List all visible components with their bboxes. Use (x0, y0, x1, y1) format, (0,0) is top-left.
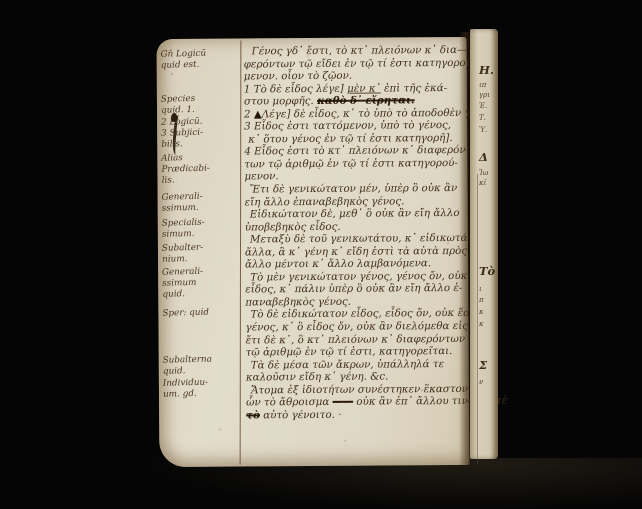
text-segment: 4 Εἶδος ἐστι τὸ κτ᾽ πλειόνων κ᾽ διαφερόν… (244, 144, 469, 158)
margin-note-line: Sper: quid (162, 307, 238, 320)
edge-text-fragment: Η. (479, 66, 494, 74)
text-segment: μενον. (244, 171, 278, 183)
next-page-edge: Η.ιπγριἘ.Τ.Ὑ.ΔἸωκῖΤὸιπκκΣν (470, 29, 498, 459)
margin-note-line: quid est. (161, 59, 237, 72)
margin-note: Subalternaquid. (163, 354, 240, 377)
text-segment: εἴη ἄλλο ἐπαναβεβηκὸς γένος. (245, 195, 405, 208)
edge-text-fragment: Τὸ (479, 267, 495, 275)
margin-note: Subalter-nium. (162, 242, 239, 265)
edge-text-fragment: ν (479, 378, 483, 386)
text-line: τὸ αὐτὸ γένοιτο. · (246, 408, 476, 422)
text-segment: 3 Εἶδος ἐστι ταττόμενον, ὑπὸ τὸ γένος, (244, 119, 451, 132)
text-segment: ἄλλα, ἃ κ᾽ γένη κ᾽ εἴδη ἐστὶ τὰ αὐτὰ πρὸ… (245, 245, 467, 259)
text-line: ὧν τὸ ἄθροισμα —— οὐκ ἂν ἐπ᾽ ἄλλου τινὸς… (246, 395, 476, 409)
text-segment: Εἰδικώτατον δὲ, μεθ᾽ ὃ οὐκ ἂν εἴη ἄλλο (250, 207, 460, 220)
struck-text: τὸ (246, 409, 260, 421)
text-segment: ὑποβεβηκὸς εἶδος. (245, 220, 341, 233)
edge-text-fragment: Δ (479, 153, 488, 161)
margin-note: Generali-ssimum. (161, 191, 238, 214)
text-segment: Μεταξὺ δὲ τοῦ γενικωτάτου, κ᾽ εἰδικωτάτο… (250, 232, 486, 246)
text-segment: στου μορφῆς. (244, 95, 317, 108)
text-segment: 2 (244, 108, 254, 120)
text-segment: των τῷ ἀριθμῷ ἐν τῷ τί ἐστι κατηγορού- (244, 157, 458, 170)
text-line: φερόντων τῷ εἴδει ἐν τῷ τί ἐστι κατηγορο… (244, 56, 474, 70)
text-line: Τὰ δὲ μέσα τῶν ἄκρων, ὑπάλληλά τε (246, 358, 476, 372)
margin-note-line: bilis. (161, 138, 237, 151)
edge-text-fragment: κ (479, 308, 484, 316)
edge-text-fragment: Ὑ. (479, 126, 487, 134)
text-segment: παναβεβηκὸς γένος. (245, 296, 351, 309)
margin-note-line: lis. (162, 173, 238, 186)
edge-text-fragment: Ἰω (479, 169, 488, 177)
edge-text-fragment: Ἐ. (479, 102, 487, 110)
text-segment: καλοῦσιν εἴδη κ᾽ γένη. &c. (246, 371, 389, 384)
margin-note-line: quid. (162, 287, 238, 300)
edge-text-fragment: κ (479, 320, 484, 328)
text-line: 1 Τὸ δὲ εἶδος λέγε] μὲν κ᾽ ἐπὶ τῆς ἑκά- (244, 82, 474, 96)
text-segment: τῷ ἀριθμῷ ἐν τῷ τί ἐστι, κατηγορεῖται. (246, 345, 453, 358)
text-segment: ἐπὶ τῆς ἑκά- (381, 82, 448, 94)
text-segment: 1 Τὸ δὲ εἶδος λέγε] (244, 82, 347, 95)
main-text: Γένος γδ᾽ ἔστι, τὸ κτ᾽ πλειόνων κ᾽ δια—φ… (244, 44, 477, 422)
margin-note-line: quid. (163, 365, 239, 378)
margin-note: Generali-ssimumquid. (162, 266, 239, 300)
text-line: Ἔτι δὲ γενικώτατον μέν, ὑπὲρ ὃ οὐκ ἂν (245, 182, 475, 196)
edge-text-fragment: Σ (479, 361, 487, 369)
edge-text-fragment: Τ. (479, 114, 486, 122)
text-line: των τῷ ἀριθμῷ ἐν τῷ τί ἐστι κατηγορού- (244, 157, 474, 171)
text-segment: ἔτι δὲ κ᾽, ὃ κτ᾽ πλειόνων κ᾽ διαφερόντων (246, 333, 466, 347)
margin-note-line: simum. (162, 228, 238, 241)
text-segment: φερόντων τῷ εἴδει ἐν τῷ τί ἐστι κατηγορο… (244, 56, 476, 70)
photo-background: Gn̄ Logicūquid est.Speciesquid. 1.2 Logi… (0, 0, 642, 509)
text-segment: αὐτὸ γένοιτο. · (260, 409, 342, 422)
text-segment: Τὸ δὲ εἰδικώτατον εἶδος, εἶδος ὄν, οὐκ ἔ… (250, 307, 480, 321)
text-segment: ὧν τὸ ἄθροισμα (246, 396, 333, 409)
text-segment: ἄλλο μέντοι κ᾽ ἄλλο λαμβανόμενα. (245, 257, 431, 270)
margin-note: Individuu-um. gd. (163, 377, 240, 400)
text-segment: μενον. οἷον τὸ ζῷον. (244, 70, 352, 83)
margin-note-line: nium. (162, 253, 238, 266)
margin-note: Specialis-simum. (162, 217, 239, 240)
text-segment: μὲν κ᾽ (347, 82, 381, 94)
margin-note: Gn̄ Logicūquid est. (160, 48, 237, 71)
edge-text-fragment: κῖ (479, 179, 486, 187)
margin-note: Speciesquid. 1. (161, 93, 238, 116)
text-segment: Γένος γδ᾽ ἔστι, τὸ κτ᾽ πλειόνων κ᾽ δια— (252, 44, 468, 58)
manuscript-page: Gn̄ Logicūquid est.Speciesquid. 1.2 Logi… (157, 37, 470, 467)
struck-text: καθὸ δ᾽ εἴρηται. (317, 94, 415, 107)
margin-rule-line (240, 41, 242, 465)
text-segment: Τὰ δὲ μέσα τῶν ἄκρων, ὑπάλληλά τε (251, 358, 444, 371)
struck-text: —— (333, 396, 354, 408)
ink-blot: ▲ (254, 108, 262, 120)
text-line: εἶδος, κ᾽ πάλιν ὑπὲρ ὃ οὐκ ἂν εἴη ἄλλο ἐ… (245, 282, 475, 296)
edge-rule-line (477, 174, 478, 464)
margin-note: AliasPrædicabi-lis. (161, 152, 238, 186)
text-line: ἄλλα, ἃ κ᾽ γένη κ᾽ εἴδη ἐστὶ τὰ αὐτὰ πρὸ… (245, 245, 475, 259)
text-line: Εἰδικώτατον δὲ, μεθ᾽ ὃ οὐκ ἂν εἴη ἄλλο (245, 207, 475, 221)
edge-text-fragment: ιπ (479, 81, 486, 89)
edge-text-fragment: ι (479, 285, 482, 293)
text-segment: γένος, κ᾽ ὃ εἶδος ὄν, οὐκ ἂν διελόμεθα ε… (245, 320, 493, 334)
text-segment: εἶδος, κ᾽ πάλιν ὑπὲρ ὃ οὐκ ἂν εἴη ἄλλο ἐ… (245, 282, 462, 296)
foxing-spots (157, 39, 159, 41)
margin-note: 3 Subjici-bilis. (161, 127, 238, 150)
edge-text-fragment: γρι (479, 91, 490, 99)
margin-note-line: ssimum. (162, 202, 238, 215)
margin-column: Gn̄ Logicūquid est.Speciesquid. 1.2 Logi… (161, 39, 240, 468)
margin-note-line: quid. 1. (161, 104, 237, 117)
margin-note-line: um. gd. (163, 388, 239, 401)
text-segment: Ἔτι δὲ γενικώτατον μέν, ὑπὲρ ὃ οὐκ ἂν (250, 182, 458, 195)
edge-text-fragment: π (479, 296, 484, 304)
margin-note: Sper: quid (162, 307, 238, 320)
